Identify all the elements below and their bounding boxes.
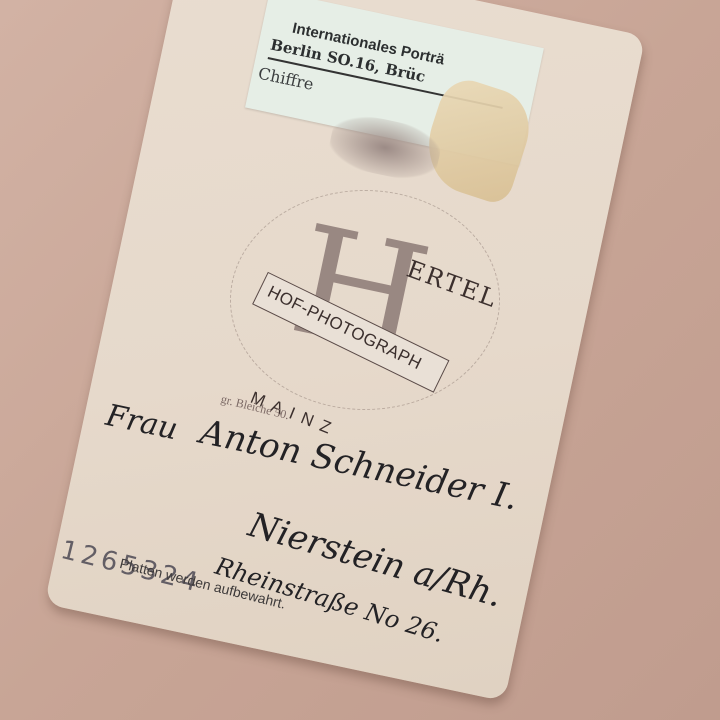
sticker-line-3: Chiffre <box>257 64 316 94</box>
studio-logo: H HOF-PHOTOGRAPH ERTEL <box>230 190 500 410</box>
